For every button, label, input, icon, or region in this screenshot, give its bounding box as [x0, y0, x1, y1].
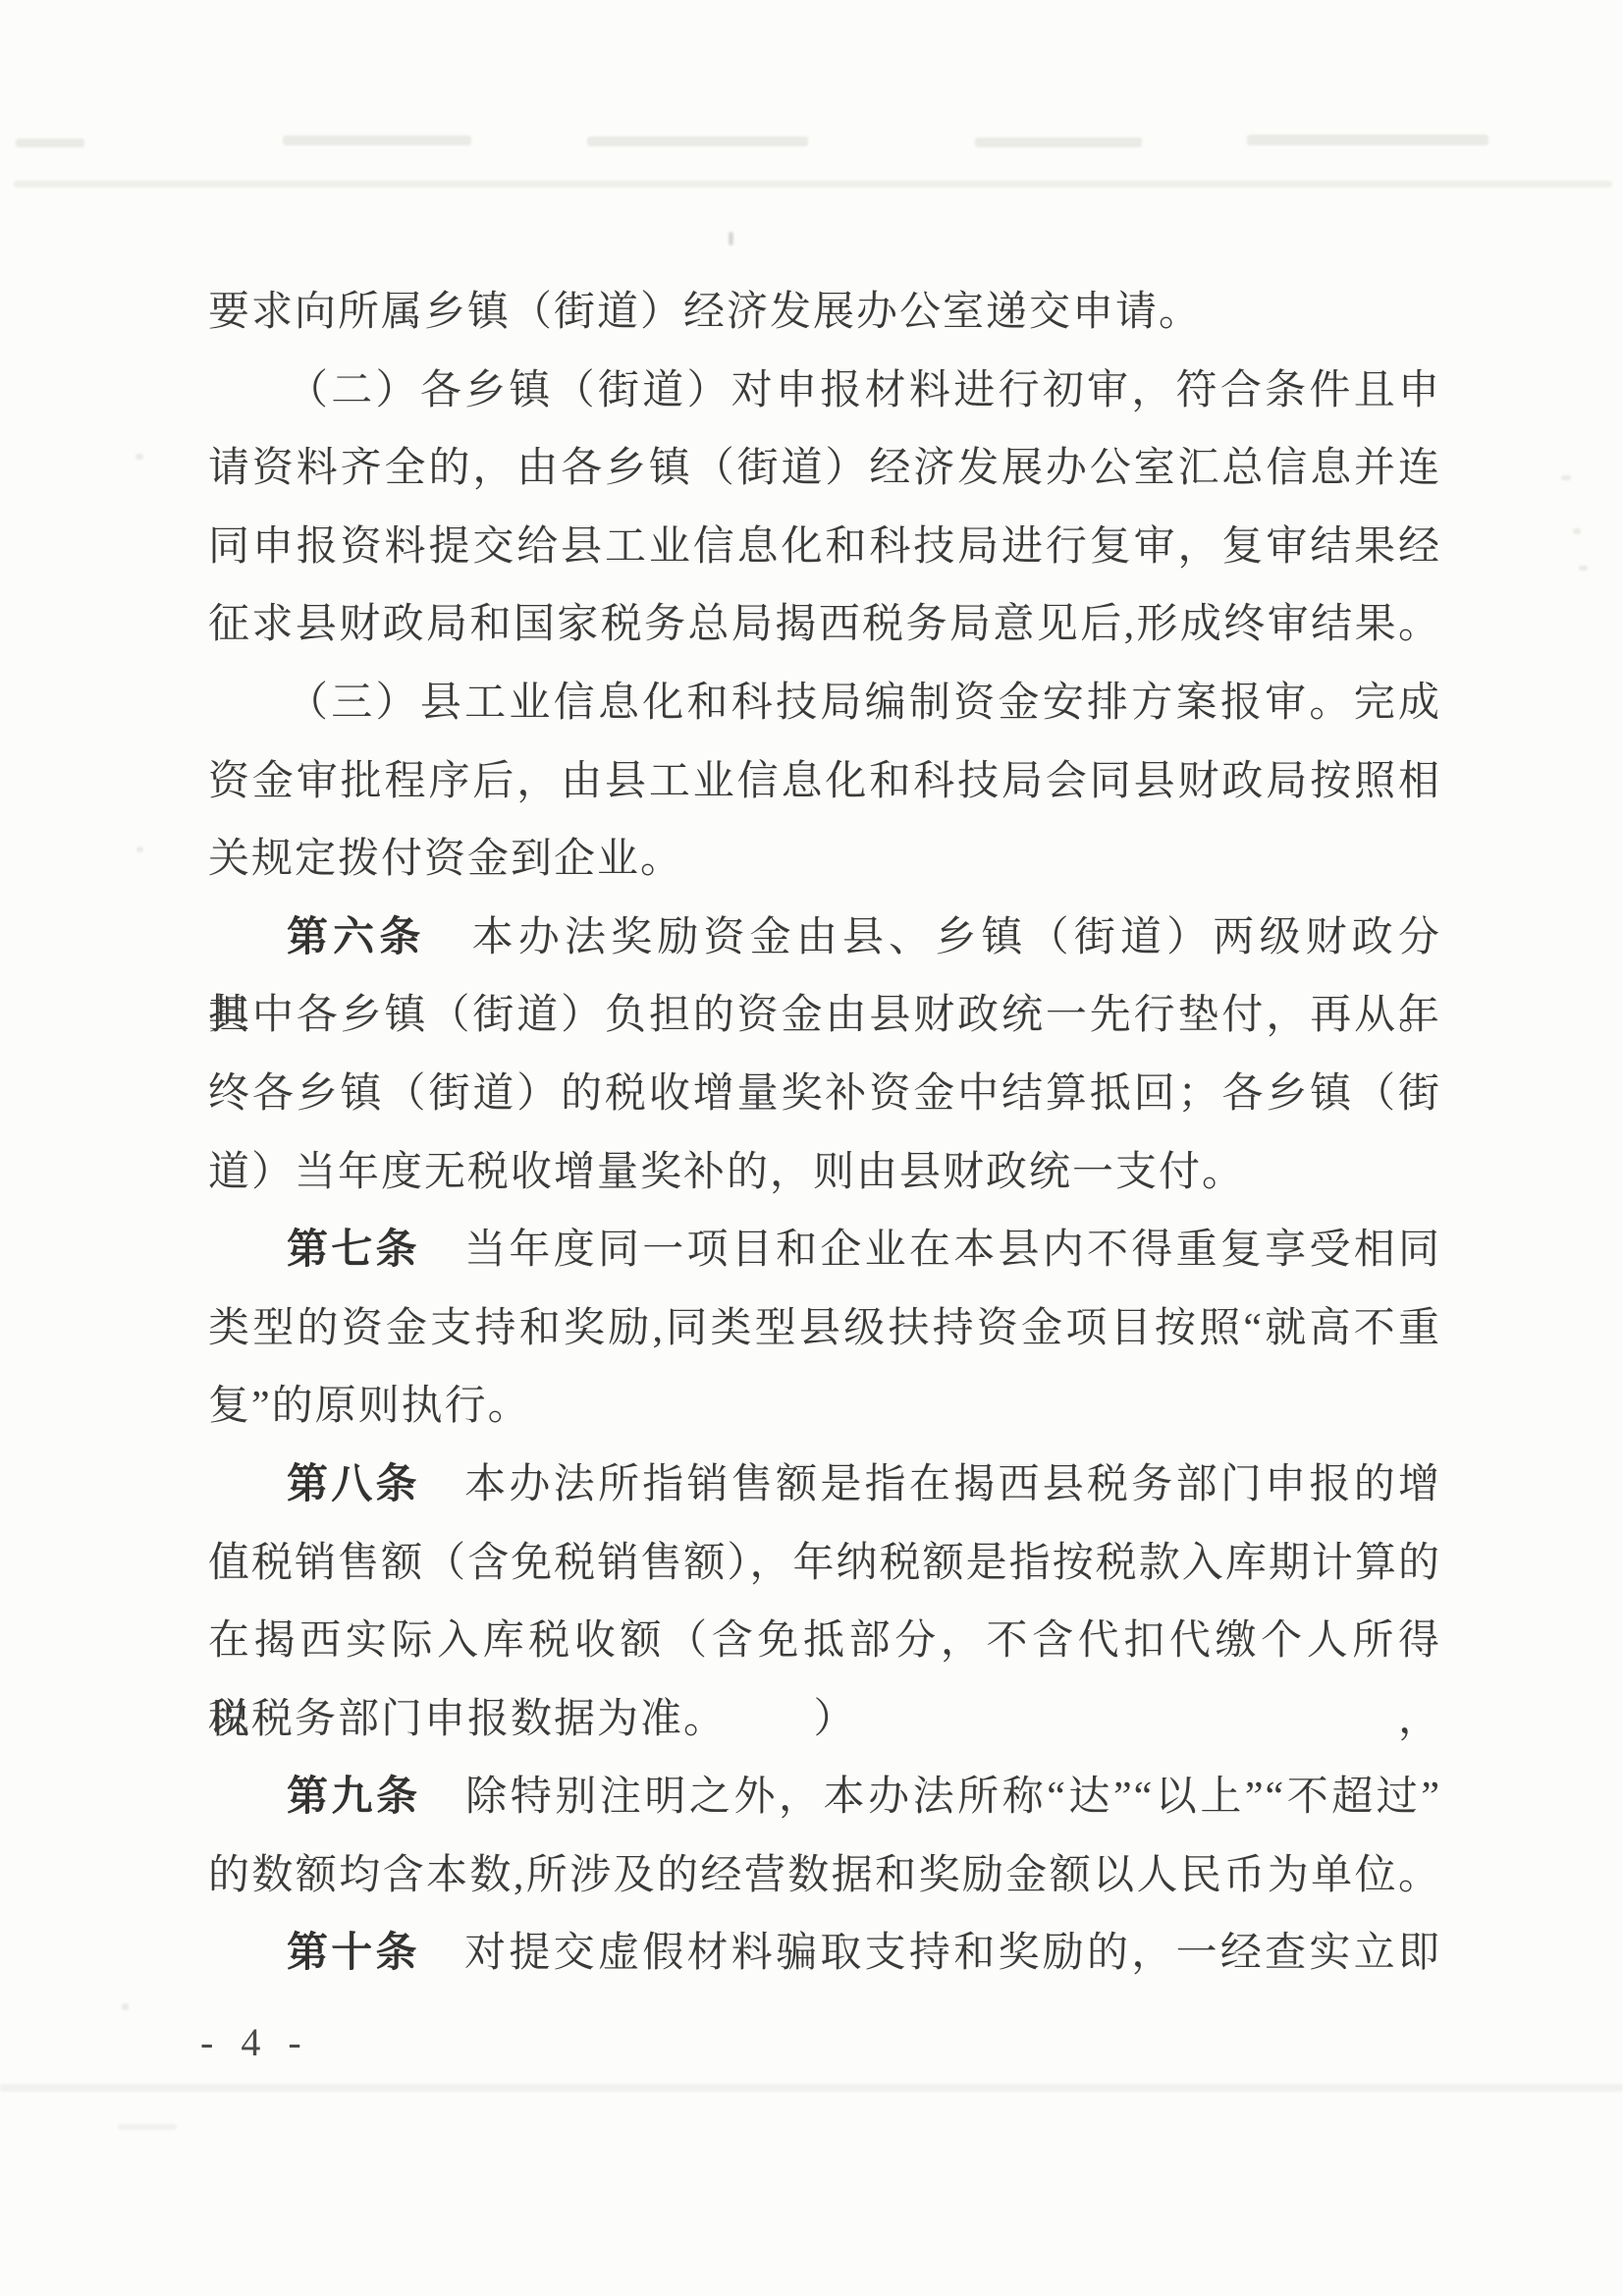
- scan-artifact: [135, 454, 143, 460]
- text-line: 在揭西实际入库税收额（含免抵部分，不含代扣代缴个人所得税），: [208, 1603, 1441, 1681]
- scan-artifact: [136, 847, 143, 852]
- text-run: 道）当年度无税收增量奖补的，则由县财政统一支付。: [208, 1150, 1245, 1195]
- article-number: 第八条: [287, 1462, 420, 1507]
- text-line: 同申报资料提交给县工业信息化和科技局进行复审，复审结果经: [208, 509, 1441, 587]
- text-run: 请资料齐全的，由各乡镇（街道）经济发展办公室汇总信息并连: [208, 446, 1441, 491]
- text-line: 关规定拨付资金到企业。: [208, 821, 1441, 900]
- text-line: 终各乡镇（街道）的税收增量奖补资金中结算抵回；各乡镇（街: [208, 1056, 1441, 1134]
- scan-artifact: [122, 2003, 129, 2010]
- text-run: 终各乡镇（街道）的税收增量奖补资金中结算抵回；各乡镇（街: [208, 1071, 1441, 1117]
- text-run: 征求县财政局和国家税务总局揭西税务局意见后,形成终审结果。: [208, 602, 1441, 647]
- text-line: 第七条 当年度同一项目和企业在本县内不得重复享受相同: [208, 1212, 1441, 1290]
- text-line: 道）当年度无税收增量奖补的，则由县财政统一支付。: [208, 1134, 1441, 1213]
- text-line: 第十条 对提交虚假材料骗取支持和奖励的，一经查实立即: [208, 1915, 1441, 1994]
- text-run: 关规定拨付资金到企业。: [208, 837, 683, 882]
- text-run: 对提交虚假材料骗取支持和奖励的，一经查实立即: [420, 1931, 1441, 1976]
- scan-artifact: [16, 138, 84, 147]
- article-number: 第十条: [287, 1931, 420, 1976]
- text-line: 请资料齐全的，由各乡镇（街道）经济发展办公室汇总信息并连: [208, 430, 1441, 509]
- text-run: 复”的原则执行。: [208, 1384, 531, 1429]
- document-page: 要求向所属乡镇（街道）经济发展办公室递交申请。（二）各乡镇（街道）对申报材料进行…: [0, 0, 1623, 2296]
- article-number: 第九条: [287, 1775, 421, 1820]
- text-line: 类型的资金支持和奖励,同类型县级扶持资金项目按照“就高不重: [208, 1290, 1441, 1369]
- article-number: 第七条: [287, 1228, 420, 1273]
- text-line: 第九条 除特别注明之外，本办法所称“达”“以上”“不超过”: [208, 1759, 1441, 1837]
- text-line: 复”的原则执行。: [208, 1368, 1441, 1447]
- scan-artifact: [0, 2084, 1623, 2092]
- text-line: （三）县工业信息化和科技局编制资金安排方案报审。完成: [208, 665, 1441, 743]
- text-line: 资金审批程序后，由县工业信息化和科技局会同县财政局按照相: [208, 743, 1441, 822]
- scan-artifact: [118, 2124, 177, 2130]
- article-number: 第六条: [287, 915, 426, 960]
- text-run: 类型的资金支持和奖励,同类型县级扶持资金项目按照“就高不重: [208, 1306, 1441, 1351]
- text-line: 征求县财政局和国家税务总局揭西税务局意见后,形成终审结果。: [208, 586, 1441, 665]
- scan-artifact: [283, 136, 471, 145]
- scan-artifact: [1573, 528, 1581, 534]
- text-run: （二）各乡镇（街道）对申报材料进行初审，符合条件且申: [287, 368, 1441, 413]
- text-run: 资金审批程序后，由县工业信息化和科技局会同县财政局按照相: [208, 759, 1441, 804]
- text-run: 本办法所指销售额是指在揭西县税务部门申报的增: [420, 1462, 1441, 1507]
- scan-artifact: [729, 232, 733, 246]
- text-run: （三）县工业信息化和科技局编制资金安排方案报审。完成: [287, 681, 1441, 726]
- text-line: 的数额均含本数,所涉及的经营数据和奖励金额以人民币为单位。: [208, 1837, 1441, 1916]
- text-run: 以税务部门申报数据为准。: [208, 1697, 727, 1742]
- scan-artifact: [587, 137, 808, 146]
- text-line: 值税销售额（含免税销售额），年纳税额是指按税款入库期计算的: [208, 1525, 1441, 1604]
- scan-artifact: [14, 181, 1612, 188]
- text-line: 第六条 本办法奖励资金由县、乡镇（街道）两级财政分担。: [208, 900, 1441, 978]
- text-run: 的数额均含本数,所涉及的经营数据和奖励金额以人民币为单位。: [208, 1853, 1441, 1898]
- text-run: 除特别注明之外，本办法所称“达”“以上”“不超过”: [421, 1775, 1441, 1820]
- text-line: （二）各乡镇（街道）对申报材料进行初审，符合条件且申: [208, 353, 1441, 431]
- scan-artifact: [1561, 475, 1571, 480]
- scan-artifact: [1579, 566, 1588, 571]
- text-run: 当年度同一项目和企业在本县内不得重复享受相同: [420, 1228, 1441, 1273]
- scan-artifact: [1247, 135, 1488, 145]
- text-run: 要求向所属乡镇（街道）经济发展办公室递交申请。: [208, 290, 1202, 335]
- text-line: 要求向所属乡镇（街道）经济发展办公室递交申请。: [208, 274, 1441, 353]
- document-body: 要求向所属乡镇（街道）经济发展办公室递交申请。（二）各乡镇（街道）对申报材料进行…: [208, 274, 1441, 1994]
- text-line: 第八条 本办法所指销售额是指在揭西县税务部门申报的增: [208, 1447, 1441, 1525]
- scan-artifact: [975, 137, 1142, 147]
- text-run: 值税销售额（含免税销售额），年纳税额是指按税款入库期计算的: [208, 1541, 1441, 1586]
- text-run: 同申报资料提交给县工业信息化和科技局进行复审，复审结果经: [208, 524, 1441, 570]
- text-line: 其中各乡镇（街道）负担的资金由县财政统一先行垫付，再从年: [208, 977, 1441, 1056]
- text-run: 其中各乡镇（街道）负担的资金由县财政统一先行垫付，再从年: [208, 993, 1441, 1038]
- page-number: - 4 -: [200, 2019, 310, 2065]
